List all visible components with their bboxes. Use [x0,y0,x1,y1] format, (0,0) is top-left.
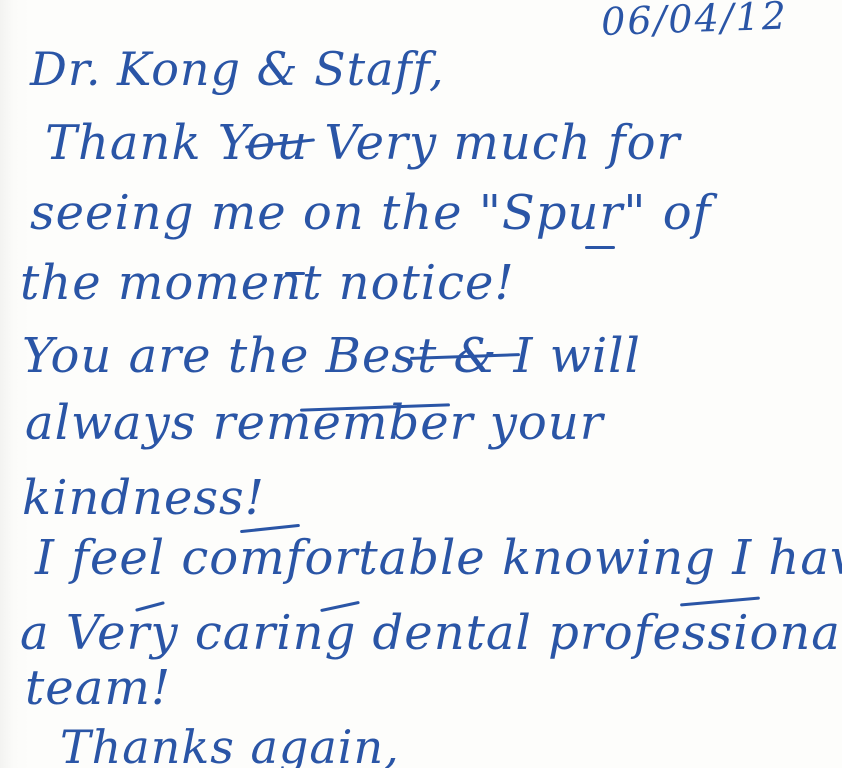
note-line: always remember your [25,395,604,451]
note-line: kindness! [22,470,265,526]
note-line: seeing me on the "Spur" of [30,185,711,241]
note-line: team! [25,660,171,716]
note-line: You are the Best & I will [22,328,641,384]
underline-mark [585,246,615,249]
note-line: I feel comfortable knowing I have [35,530,842,586]
note-closing: Thanks again, [60,720,400,768]
note-salutation: Dr. Kong & Staff, [30,42,445,96]
note-line: the moment notice! [20,255,515,311]
note-date: 06/04/12 [600,0,788,44]
note-line: Thank You Very much for [45,115,680,171]
underline-mark [285,272,305,275]
note-line: a Very caring dental professional [20,605,842,661]
